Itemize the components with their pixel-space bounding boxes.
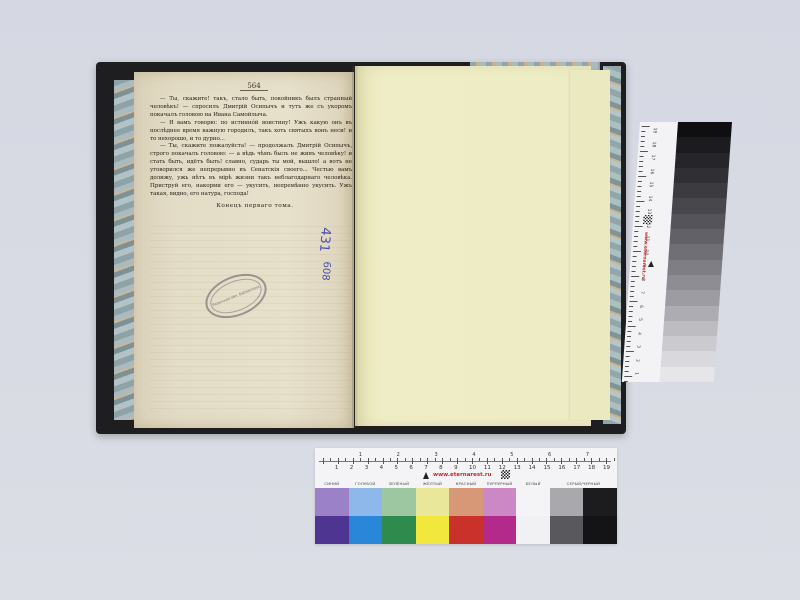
page-number: 564 [240, 82, 268, 91]
ruler-number: 16 [558, 465, 565, 471]
ruler-tick [420, 458, 421, 461]
swatch-label: БЕЛЫЙ [516, 481, 550, 486]
ruler-number: 8 [439, 465, 443, 471]
ruler-number: 14 [647, 195, 652, 201]
ruler-number: 15 [543, 465, 550, 471]
color-swatch [449, 488, 483, 516]
ruler-inch-number: 7 [586, 452, 589, 458]
ruler-tick [405, 458, 406, 461]
ruler-tick [599, 458, 600, 461]
gray-step [673, 183, 728, 198]
swatch-label: ЗЕЛЁНЫЙ [382, 481, 416, 486]
ruler-number: 3 [365, 465, 369, 471]
page-text: — Ты, скажите! такъ, стало быть, покойни… [150, 96, 352, 199]
ruler-tick [639, 166, 643, 167]
color-swatch [550, 516, 584, 544]
ruler-tick [635, 216, 639, 217]
ruler-tick [472, 458, 473, 464]
ruler-number: 6 [409, 465, 413, 471]
ruler-tick [626, 356, 630, 357]
ruler-tick [591, 458, 592, 464]
ruler-tick [323, 458, 324, 464]
gray-step [671, 214, 726, 229]
ruler-tick [412, 458, 413, 464]
ruler-tick [465, 458, 466, 461]
ruler-tick [606, 458, 607, 464]
swatch-label: СЕРЫЙ/ЧЕРНЫЙ [550, 481, 617, 486]
ruler-tick [631, 281, 635, 282]
ruler-tick [375, 458, 376, 461]
ruler-tick [634, 231, 638, 232]
cm-ruler: 123456789101112131415161718191234567 [319, 452, 611, 474]
ruler-tick [632, 266, 636, 267]
ruler-number: 6 [638, 305, 643, 308]
ruler-tick [360, 458, 361, 461]
color-swatch [349, 516, 383, 544]
color-swatch [583, 516, 617, 544]
right-page-blank [355, 66, 591, 426]
ruler-tick [629, 306, 633, 307]
ruler-tick [330, 458, 331, 461]
ruler-tick [641, 136, 645, 137]
ruler-tick [641, 131, 645, 132]
ruler-tick [625, 371, 629, 372]
color-swatch [416, 488, 450, 516]
ruler-tick [576, 458, 577, 464]
ruler-tick [509, 458, 510, 461]
ruler-tick [487, 458, 488, 464]
ruler-tick [638, 176, 646, 177]
ruler-tick [435, 458, 436, 461]
ruler-tick [637, 191, 641, 192]
ruler-tick [368, 458, 369, 464]
ruler-inch-number: 2 [397, 452, 400, 458]
paragraph: — Ты, скажите! такъ, стало быть, покойни… [150, 96, 352, 120]
ruler-tick [345, 458, 346, 461]
right-page-flap [570, 70, 610, 420]
ruler-tick [637, 186, 641, 187]
ruler-tick [637, 196, 641, 197]
ruler-tick [627, 331, 631, 332]
ruler-tick [630, 296, 634, 297]
ruler-number: 3 [635, 345, 640, 348]
color-swatch [483, 488, 517, 516]
ruler-tick [539, 458, 540, 461]
ruler-number: 5 [637, 318, 642, 321]
ruler-tick [634, 241, 638, 242]
ruler-tick [353, 458, 354, 464]
gray-step [666, 275, 721, 290]
ruler-number: 19 [652, 128, 657, 134]
ruler-number: 2 [634, 359, 639, 362]
gray-step [661, 351, 716, 366]
ruler-tick [625, 366, 629, 367]
ruler-number: 10 [469, 465, 476, 471]
ruler-tick [390, 458, 391, 461]
paragraph: — Я вамъ говорю: по истинно́й воистину! … [150, 120, 352, 144]
ruler-tick [626, 346, 630, 347]
ruler-number: 4 [380, 465, 384, 471]
ruler-number: 9 [454, 465, 458, 471]
ruler-inch-number: 3 [435, 452, 438, 458]
ruler-tick [636, 211, 640, 212]
gray-step [665, 290, 720, 305]
ruler-tick [629, 311, 633, 312]
ruler-tick [338, 458, 339, 464]
ruler-tick [639, 161, 643, 162]
ruler-number: 4 [636, 332, 641, 335]
ruler-number: 16 [649, 168, 654, 174]
ruler-tick [614, 458, 615, 461]
ruler-tick [630, 286, 634, 287]
ruler-number: 7 [639, 291, 644, 294]
gray-step [668, 244, 723, 259]
ruler-tick [630, 291, 634, 292]
logo-icon [648, 261, 654, 267]
ruler-tick [479, 458, 480, 461]
ruler-tick [569, 458, 570, 461]
ruler-tick [624, 376, 632, 377]
marbled-endpaper-left [114, 80, 134, 420]
ruler-number: 14 [529, 465, 536, 471]
ruler-tick [546, 458, 547, 464]
ruler-number: 1 [335, 465, 339, 471]
ruler-number: 15 [648, 182, 653, 188]
color-swatch [416, 516, 450, 544]
color-swatch [349, 488, 383, 516]
ruler-inch-number: 1 [359, 452, 362, 458]
color-swatch [516, 488, 550, 516]
swatch-label: СИНИЙ [315, 481, 349, 486]
ruler-tick [397, 458, 398, 464]
ruler-tick [633, 256, 637, 257]
swatch-label: ЖЁЛТЫЙ [416, 481, 450, 486]
color-swatch [382, 516, 416, 544]
ruler-tick [640, 151, 648, 152]
gray-step [676, 137, 731, 152]
gray-step [674, 168, 729, 183]
ruler-tick [641, 141, 645, 142]
swatch-label: ГОЛУБОЙ [349, 481, 383, 486]
gray-step [663, 321, 718, 336]
ruler-number: 13 [514, 465, 521, 471]
color-target-url: www.eternarest.ru [433, 472, 491, 478]
ruler-number: 1 [633, 372, 638, 375]
ruler-tick [633, 251, 641, 252]
ruler-tick [628, 321, 632, 322]
ruler-tick [524, 458, 525, 461]
swatch-label: КРАСНЫЙ [449, 481, 483, 486]
gray-step [660, 367, 715, 382]
closing-line: Конецъ перваго тома. [210, 203, 300, 209]
gray-step [675, 153, 730, 168]
qr-code-icon [501, 470, 510, 479]
book-gutter [352, 66, 358, 428]
handwritten-shelfmark: 431 [271, 223, 333, 252]
ruler-tick [632, 261, 636, 262]
stamp-text: Рязанская обл. библиотека [212, 285, 260, 308]
ruler-number: 2 [350, 465, 354, 471]
color-swatch [315, 488, 349, 516]
ruler-tick [584, 458, 585, 461]
ruler-number: 19 [603, 465, 610, 471]
ruler-tick [636, 201, 644, 202]
ruler-number: 13 [646, 209, 651, 215]
qr-code-icon [643, 215, 653, 224]
ruler-tick [494, 458, 495, 461]
ruler-tick [636, 206, 640, 207]
swatch-label: ПУРПУРНЫЙ [483, 481, 517, 486]
color-swatch [516, 516, 550, 544]
gray-step [667, 260, 722, 275]
color-swatch [449, 516, 483, 544]
ruler-number: 18 [651, 141, 656, 147]
color-swatch [315, 516, 349, 544]
ruler-number: 11 [484, 465, 491, 471]
ruler-tick [624, 381, 628, 382]
color-swatch [382, 488, 416, 516]
ruler-tick [640, 146, 644, 147]
logo-icon [423, 472, 429, 479]
ruler-tick [633, 246, 637, 247]
gray-scale-target: 19181716151413121110987654321 www.eterna… [622, 122, 732, 382]
handwritten-shelfmark: 608 [270, 257, 332, 286]
color-swatch [550, 488, 584, 516]
gray-step [662, 336, 717, 351]
ruler-tick [631, 276, 639, 277]
ruler-line [319, 461, 611, 462]
ruler-tick [635, 221, 639, 222]
ruler-tick [517, 458, 518, 464]
color-swatches [315, 488, 617, 544]
ruler-number: 17 [573, 465, 580, 471]
ruler-tick [427, 458, 428, 464]
ruler-tick [502, 458, 503, 464]
ruler-number: 17 [650, 155, 655, 161]
ruler-inch-number: 4 [472, 452, 475, 458]
ruler-tick [442, 458, 443, 464]
gray-step [664, 306, 719, 321]
ruler-tick [561, 458, 562, 464]
ruler-tick [638, 181, 642, 182]
gray-step [677, 122, 732, 137]
ruler-tick [532, 458, 533, 464]
ruler-tick [635, 226, 643, 227]
ruler-tick [627, 336, 631, 337]
ruler-tick [640, 156, 644, 157]
gray-step [672, 198, 727, 213]
ruler-number: 5 [394, 465, 398, 471]
color-target: 123456789101112131415161718191234567 www… [315, 448, 617, 544]
ruler-tick [554, 458, 555, 461]
ruler-number: 7 [424, 465, 428, 471]
ruler-tick [628, 326, 636, 327]
gray-step [669, 229, 724, 244]
color-swatch [483, 516, 517, 544]
ruler-tick [629, 301, 637, 302]
ruler-inch-number: 6 [548, 452, 551, 458]
ruler-tick [642, 126, 650, 127]
ruler-tick [632, 271, 636, 272]
ruler-tick [634, 236, 638, 237]
ruler-tick [627, 341, 631, 342]
ruler-tick [625, 361, 629, 362]
ruler-inch-number: 5 [510, 452, 513, 458]
ruler-tick [626, 351, 634, 352]
paragraph: — Ты, скажите пожалуйста! — продолжалъ Д… [150, 143, 352, 198]
ruler-tick [639, 171, 643, 172]
ruler-number: 18 [588, 465, 595, 471]
color-swatch [583, 488, 617, 516]
ruler-tick [457, 458, 458, 464]
ruler-tick [450, 458, 451, 461]
ruler-tick [383, 458, 384, 464]
ruler-tick [628, 316, 632, 317]
